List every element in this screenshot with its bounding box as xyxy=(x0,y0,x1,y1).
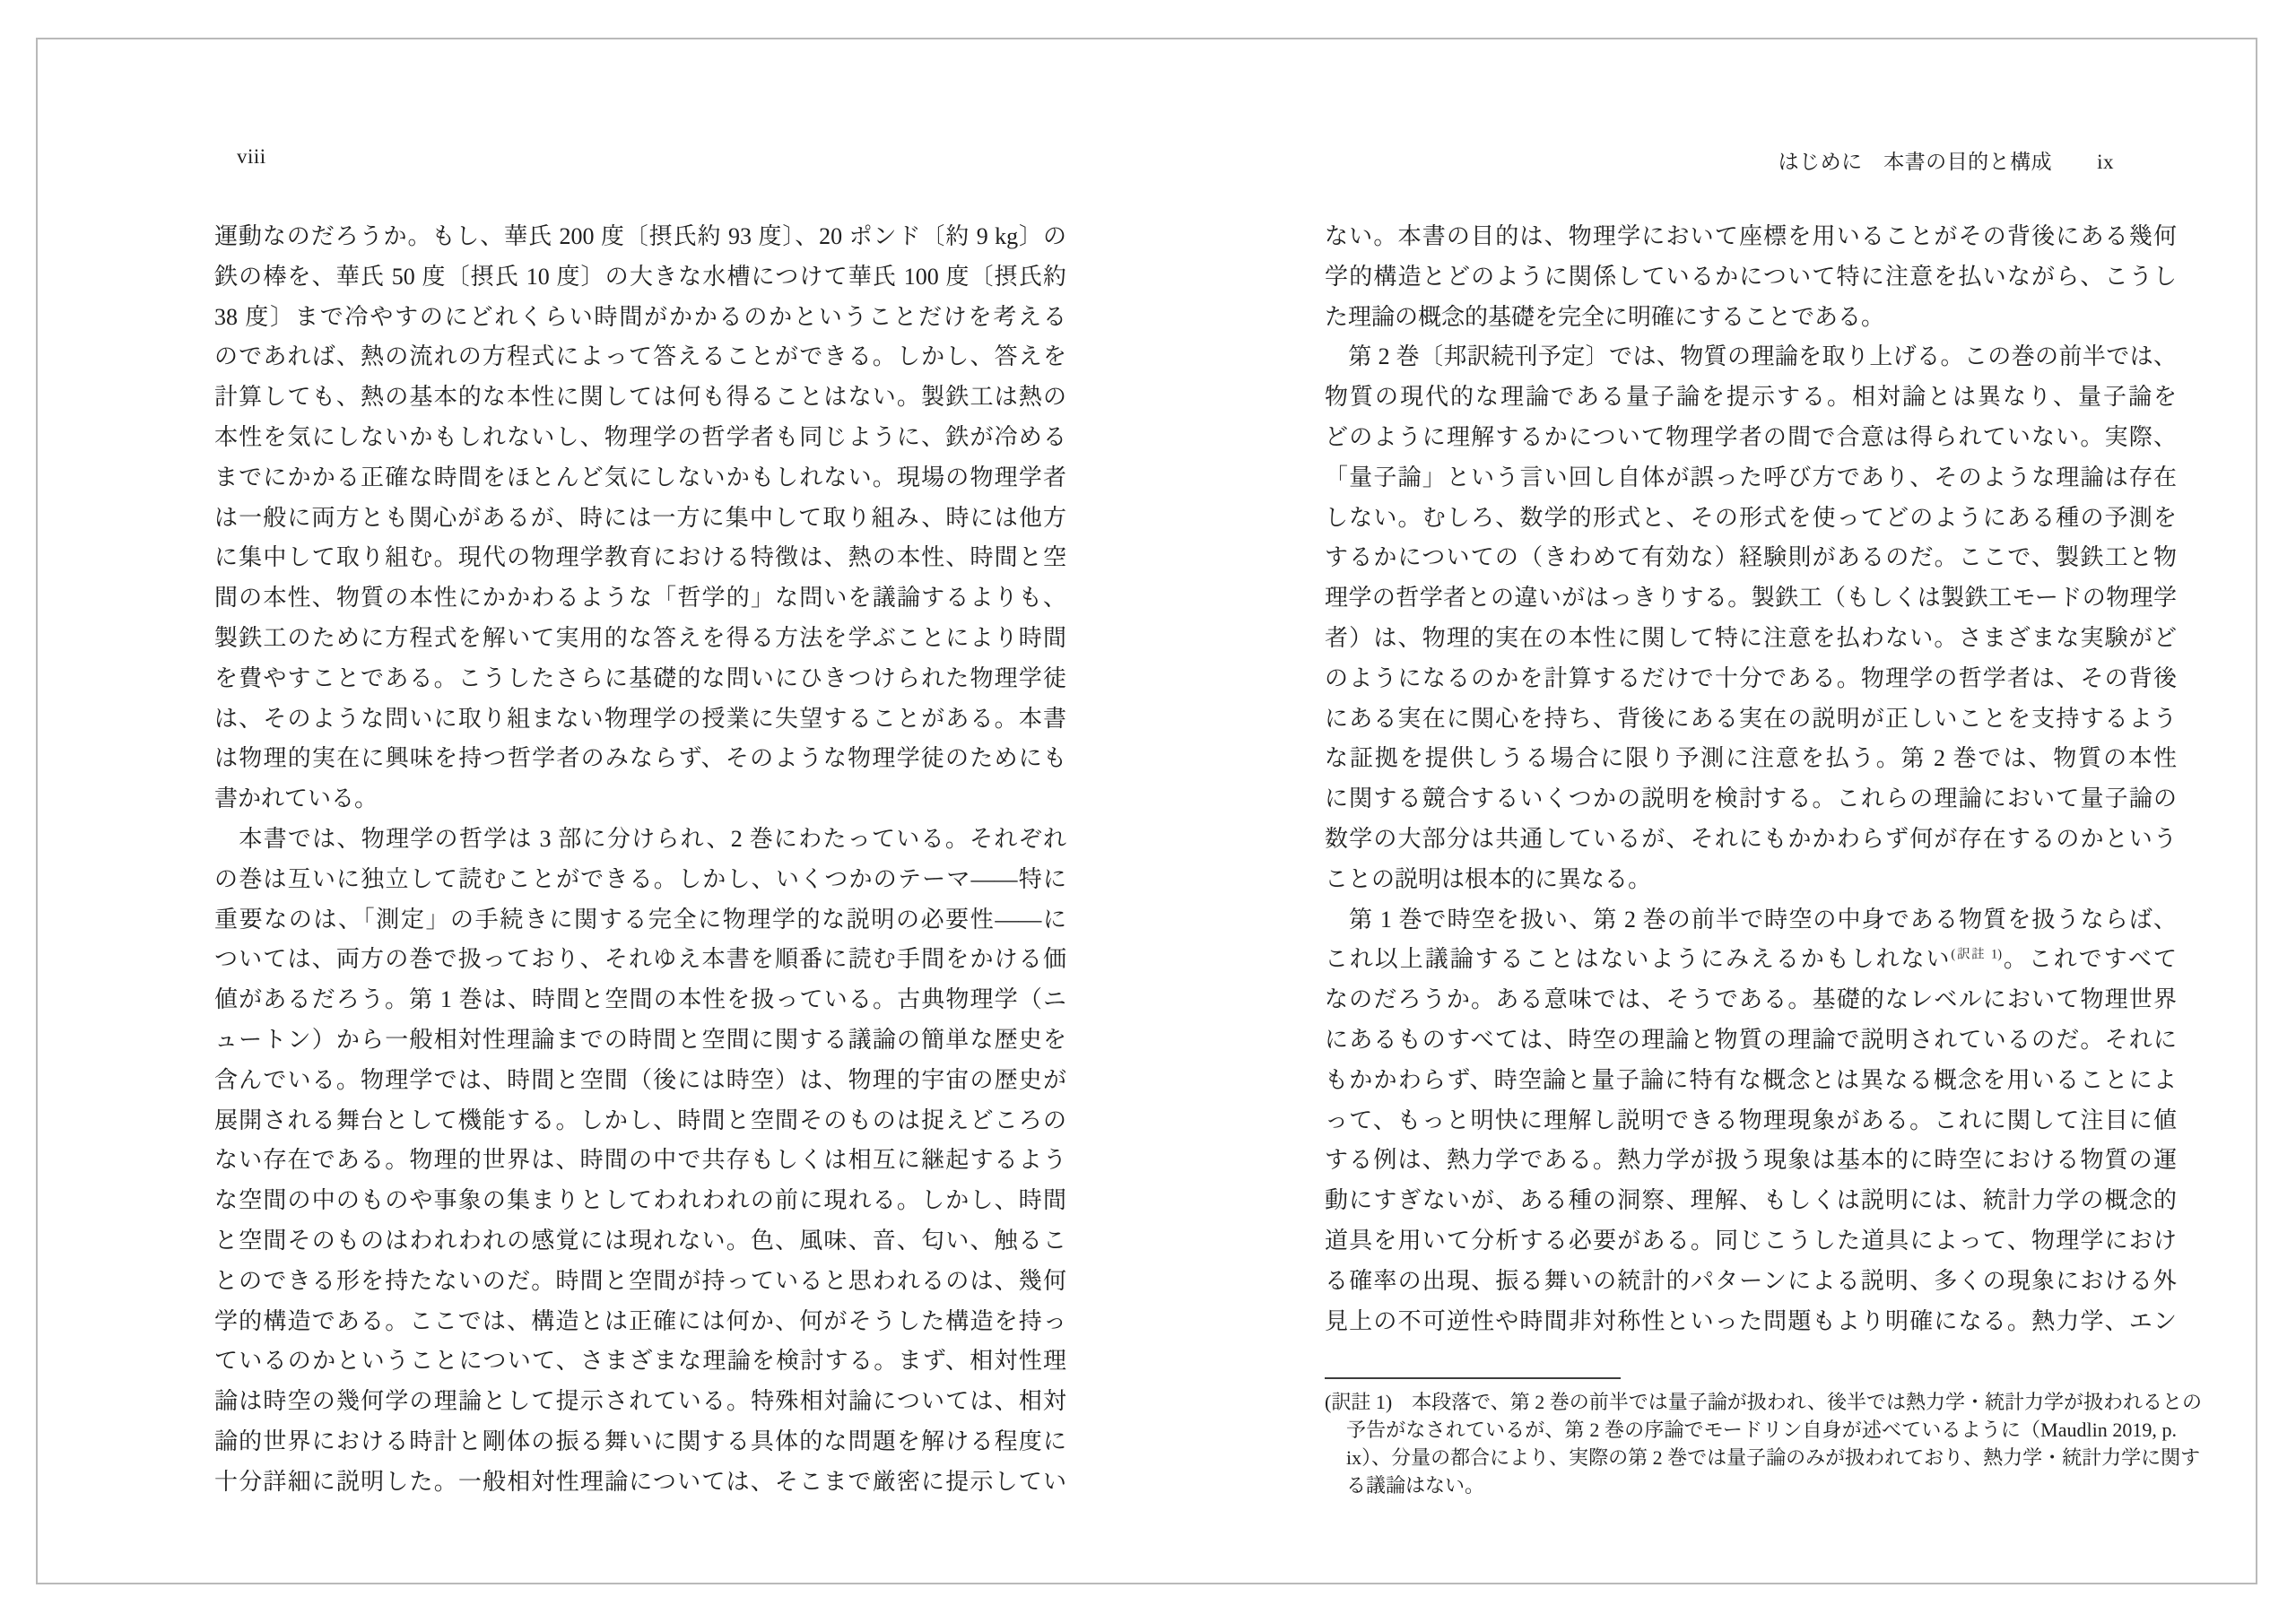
text-line: しない。むしろ、数学的形式と、その形式を使ってどのようにある種の予測を xyxy=(1325,499,2177,539)
text-line: 十分詳細に説明した。一般相対性理論については、そこまで厳密に提示してい xyxy=(214,1462,1066,1503)
text-line: 本性を気にしないかもしれないし、物理学の哲学者も同じように、鉄が冷める xyxy=(214,418,1066,458)
text-line: は物理的実在に興味を持つ哲学者のみならず、そのような物理学徒のためにも xyxy=(214,739,1066,779)
left-page-body: 運動なのだろうか。もし、華氏 200 度〔摂氏約 93 度〕、20 ポンド〔約 … xyxy=(214,217,1066,1503)
text-line: ix）、分量の都合により、実際の第 2 巻では量子論のみが扱われており、熱力学・… xyxy=(1325,1444,2177,1471)
text-line: 見上の不可逆性や時間非対称性といった問題もより明確になる。熱力学、エン xyxy=(1325,1302,2177,1342)
text-line: 物質の現代的な理論である量子論を提示する。相対論とは異なり、量子論を xyxy=(1325,378,2177,418)
text-line: る確率の出現、振る舞いの統計的パターンによる説明、多くの現象における外 xyxy=(1325,1262,2177,1302)
text-line: 学的構造とどのように関係しているかについて特に注意を払いながら、こうし xyxy=(1325,257,2177,298)
text-line: って、もっと明快に理解し説明できる物理現象がある。これに関して注目に値 xyxy=(1325,1101,2177,1141)
text-line: 論は時空の幾何学の理論として提示されている。特殊相対論については、相対 xyxy=(214,1382,1066,1422)
text-line: る議論はない。 xyxy=(1325,1471,2177,1499)
text-line: 計算しても、熱の基本的な本性に関しては何も得ることはない。製鉄工は熱の xyxy=(214,378,1066,418)
text-line: ついては、両方の巻で扱っており、それゆえ本書を順番に読む手間をかける価 xyxy=(214,940,1066,980)
text-line: 38 度〕まで冷やすのにどれくらい時間がかかるのかということだけを考える xyxy=(214,298,1066,338)
text-line: にあるものすべては、時空の理論と物質の理論で説明されているのだ。それに xyxy=(1325,1020,2177,1061)
text-line: 鉄の棒を、華氏 50 度〔摂氏 10 度〕の大きな水槽につけて華氏 100 度〔… xyxy=(214,257,1066,298)
text-line: を費やすことである。こうしたさらに基礎的な問いにひきつけられた物理学徒 xyxy=(214,659,1066,699)
text-line: 学的構造である。ここでは、構造とは正確には何か、何がそうした構造を持っ xyxy=(214,1302,1066,1342)
text-segment: 。これですべて xyxy=(2002,946,2177,972)
page-number-left: viii xyxy=(237,145,266,169)
text-line: もかかわらず、時空論と量子論に特有な概念とは異なる概念を用いることによ xyxy=(1325,1061,2177,1101)
text-line: 運動なのだろうか。もし、華氏 200 度〔摂氏約 93 度〕、20 ポンド〔約 … xyxy=(214,217,1066,257)
text-segment: これ以上議論することはないようにみえるかもしれない xyxy=(1325,946,1951,972)
book-scan-viewer: { "colors": { "background": "#ffffff", "… xyxy=(0,0,2296,1623)
text-line: 間の本性、物質の本性にかかわるような「哲学的」な問いを議論するよりも、 xyxy=(214,578,1066,619)
text-line: と空間そのものはわれわれの感覚には現れない。色、風味、音、匂い、触るこ xyxy=(214,1221,1066,1262)
text-line: 本書では、物理学の哲学は 3 部に分けられ、2 巻にわたっている。それぞれ xyxy=(214,820,1066,860)
running-header-title: はじめに 本書の目的と構成 xyxy=(1779,151,2053,173)
text-line: ことの説明は根本的に異なる。 xyxy=(1325,860,2177,900)
text-line: 予告がなされているが、第 2 巻の序論でモードリン自身が述べているように（Mau… xyxy=(1325,1416,2177,1444)
page-number-right: ix xyxy=(2097,151,2114,173)
text-line: どのように理解するかについて物理学者の間で合意は得られていない。実際、 xyxy=(1325,418,2177,458)
text-line: な空間の中のものや事象の集まりとしてわれわれの前に現れる。しかし、時間 xyxy=(214,1181,1066,1221)
text-line: とのできる形を持たないのだ。時間と空間が持っていると思われるのは、幾何 xyxy=(214,1262,1066,1302)
text-line: のであれば、熱の流れの方程式によって答えることができる。しかし、答えを xyxy=(214,337,1066,378)
text-line: は一般に両方とも関心があるが、時には一方に集中して取り組み、時には他方 xyxy=(214,499,1066,539)
text-line: 展開される舞台として機能する。しかし、時間と空間そのものは捉えどころの xyxy=(214,1101,1066,1141)
text-line: 製鉄工のために方程式を解いて実用的な答えを得る方法を学ぶことにより時間 xyxy=(214,619,1066,659)
running-header-right: はじめに 本書の目的と構成ix xyxy=(1325,145,2114,175)
text-line: 重要なのは、「測定」の手続きに関する完全に物理学的な説明の必要性——に xyxy=(214,900,1066,941)
text-line: 論的世界における時計と剛体の振る舞いに関する具体的な問題を解ける程度に xyxy=(214,1422,1066,1462)
text-line: なのだろうか。ある意味では、そうである。基礎的なレベルにおいて物理世界 xyxy=(1325,980,2177,1020)
text-line: 動にすぎないが、ある種の洞察、理解、もしくは説明には、統計力学の概念的 xyxy=(1325,1181,2177,1221)
text-line: ュートン）から一般相対性理論までの時間と空間に関する議論の簡単な歴史を xyxy=(214,1020,1066,1061)
text-line: 書かれている。 xyxy=(214,779,1066,820)
text-line: にある実在に関心を持ち、背後にある実在の説明が正しいことを支持するよう xyxy=(1325,699,2177,740)
text-line: する例は、熱力学である。熱力学が扱う現象は基本的に時空における物質の運 xyxy=(1325,1141,2177,1181)
text-line: 含んでいる。物理学では、時間と空間（後には時空）は、物理的宇宙の歴史が xyxy=(214,1061,1066,1101)
text-line: のようになるのかを計算するだけで十分である。物理学の哲学者は、その背後 xyxy=(1325,659,2177,699)
text-line: の巻は互いに独立して読むことができる。しかし、いくつかのテーマ——特に xyxy=(214,860,1066,900)
text-line: 数学の大部分は共通しているが、それにもかかわらず何が存在するのかという xyxy=(1325,820,2177,860)
text-line: は、そのような問いに取り組まない物理学の授業に失望することがある。本書 xyxy=(214,699,1066,740)
text-line: 理学の哲学者との違いがはっきりする。製鉄工（もしくは製鉄工モードの物理学 xyxy=(1325,578,2177,619)
footnote-marker: (訳註 1) xyxy=(1951,948,2002,962)
text-line: (訳註 1) 本段落で、第 2 巻の前半では量子論が扱われ、後半では熱力学・統計… xyxy=(1325,1388,2177,1416)
text-line: 道具を用いて分析する必要がある。同じこうした道具によって、物理学におけ xyxy=(1325,1221,2177,1262)
text-line: に関する競合するいくつかの説明を検討する。これらの理論において量子論の xyxy=(1325,779,2177,820)
book-spread: viii はじめに 本書の目的と構成ix 運動なのだろうか。もし、華氏 200 … xyxy=(36,38,2257,1584)
text-line: これ以上議論することはないようにみえるかもしれない(訳註 1)。これですべて xyxy=(1325,940,2177,980)
text-line: 第 2 巻〔邦訳続刊予定〕では、物質の理論を取り上げる。この巻の前半では、 xyxy=(1325,337,2177,378)
text-line: ない存在である。物理的世界は、時間の中で共存もしくは相互に継起するよう xyxy=(214,1141,1066,1181)
text-line: 「量子論」という言い回し自体が誤った呼び方であり、そのような理論は存在 xyxy=(1325,458,2177,499)
text-line: に集中して取り組む。現代の物理学教育における特徴は、熱の本性、時間と空 xyxy=(214,538,1066,578)
text-line: た理論の概念的基礎を完全に明確にすることである。 xyxy=(1325,298,2177,338)
text-line: ない。本書の目的は、物理学において座標を用いることがその背後にある幾何 xyxy=(1325,217,2177,257)
text-line: 値があるだろう。第 1 巻は、時間と空間の本性を扱っている。古典物理学（ニ xyxy=(214,980,1066,1020)
right-page-body: ない。本書の目的は、物理学において座標を用いることがその背後にある幾何学的構造と… xyxy=(1325,217,2177,1341)
footnote-block: (訳註 1) 本段落で、第 2 巻の前半では量子論が扱われ、後半では熱力学・統計… xyxy=(1325,1388,2177,1499)
text-line: な証拠を提供しうる場合に限り予測に注意を払う。第 2 巻では、物質の本性 xyxy=(1325,739,2177,779)
text-line: するかについての（きわめて有効な）経験則があるのだ。ここで、製鉄工と物 xyxy=(1325,538,2177,578)
footnote-rule xyxy=(1325,1377,1621,1379)
text-line: ているのかということについて、さまざまな理論を検討する。まず、相対性理 xyxy=(214,1341,1066,1382)
text-line: までにかかる正確な時間をほとんど気にしないかもしれない。現場の物理学者 xyxy=(214,458,1066,499)
text-line: 第 1 巻で時空を扱い、第 2 巻の前半で時空の中身である物質を扱うならば、 xyxy=(1325,900,2177,941)
text-line: 者）は、物理的実在の本性に関して特に注意を払わない。さまざまな実験がど xyxy=(1325,619,2177,659)
